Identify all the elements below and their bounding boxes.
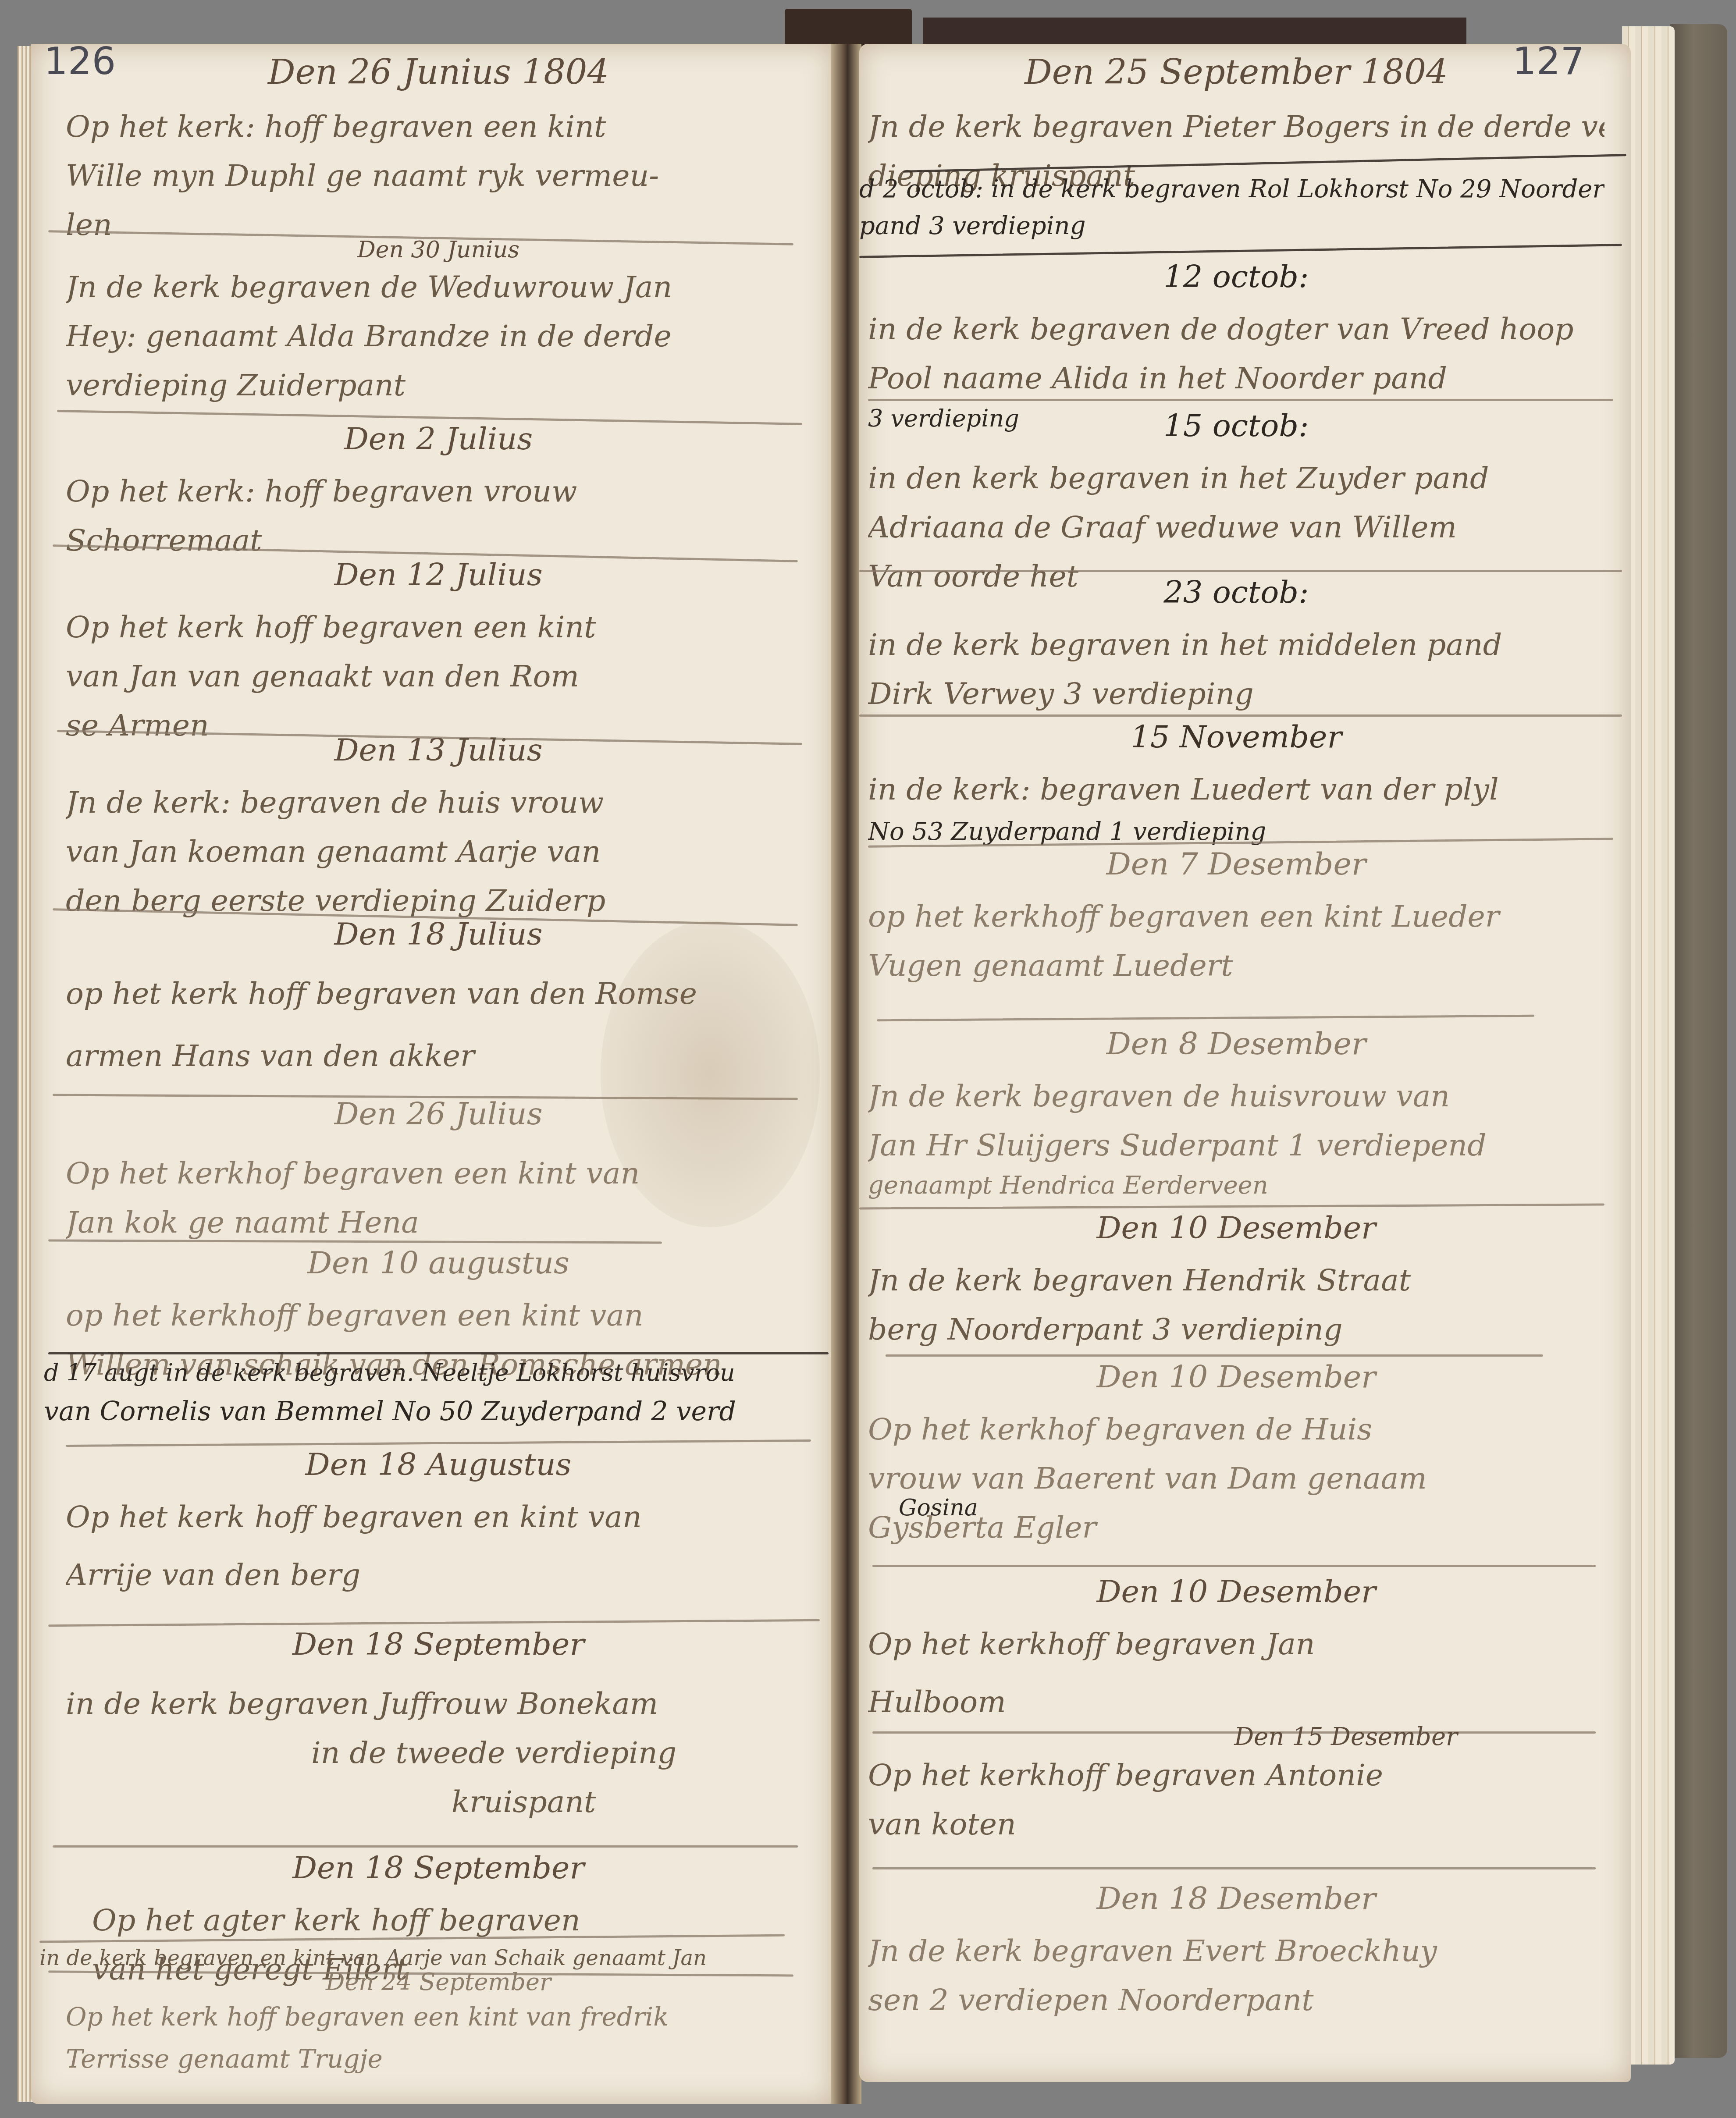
entry-separator (868, 399, 1613, 401)
entry-date: Den 18 Desember (868, 1880, 1604, 1916)
entry-line: Gysberta Egler (868, 1503, 1604, 1553)
entry-date: Den 10 Desember (868, 1574, 1604, 1610)
entry-line: Op het kerk hoff begraven en kint van (66, 1493, 811, 1542)
book-gutter (831, 44, 861, 2104)
burial-entry: Den 18 Augustus Op het kerk hoff begrave… (66, 1446, 811, 1600)
entry-separator (859, 1204, 1604, 1210)
right-page: 127 Den 25 September 1804 Jn de kerk beg… (859, 44, 1631, 2082)
burial-entry: Den 15 Desember Op het kerkhoff begraven… (868, 1723, 1604, 1849)
entry-line: Jn de kerk begraven Hendrik Straat (868, 1256, 1604, 1305)
entry-line: pand 3 verdieping (859, 208, 1604, 245)
entry-line: Jn de kerk begraven Evert Broeckhuy (868, 1927, 1604, 1976)
entry-line: Jn de kerk: begraven de huis vrouw (66, 778, 811, 828)
burial-entry: Den 12 Julius Op het kerk hoff begraven … (66, 557, 811, 750)
entry-line: Adriaana de Graaf weduwe van Willem (868, 503, 1604, 552)
entry-line: van Cornelis van Bemmel No 50 Zuyderpand… (44, 1391, 829, 1432)
entry-line: Terrisse genaamt Trugje (66, 2038, 811, 2080)
burial-entry: Den 24 September Op het kerk hoff begrav… (66, 1968, 811, 2080)
burial-entry: 23 octob: in de kerk begraven in het mid… (868, 574, 1604, 719)
entry-line: Arrije van den berg (66, 1551, 811, 1600)
entry-line: genaampt Hendrica Eerderveen (868, 1170, 1604, 1201)
entry-date: 15 octob: (868, 408, 1604, 444)
entry-line: Op het kerkhoff begraven Antonie (868, 1751, 1604, 1800)
entry-line: in de kerk: begraven Luedert van der ply… (868, 765, 1604, 814)
burial-entry: Den 13 Julius Jn de kerk: begraven de hu… (66, 732, 811, 926)
entry-separator (872, 1867, 1596, 1869)
entry-date: Den 13 Julius (66, 732, 811, 768)
entry-date: Den 24 September (66, 1968, 811, 1996)
book-cover-top-right (923, 18, 1466, 44)
entry-line: kruispant (66, 1778, 811, 1827)
burial-entry: Den 8 Desember Jn de kerk begraven de hu… (868, 1026, 1604, 1201)
entry-line: Hey: genaamt Alda Brandze in de derde (66, 312, 811, 361)
burial-entry: Den 26 Junius 1804 Op het kerk: hoff beg… (66, 53, 811, 250)
entry-line: d 17 augt in de kerk begraven. Neeltje L… (44, 1354, 829, 1391)
entry-date: Den 10 Desember (868, 1359, 1604, 1395)
entry-line: in de kerk begraven Juffrouw Bonekam (66, 1680, 811, 1729)
entry-date: Den 10 augustus (66, 1245, 811, 1281)
burial-entry: Den 2 Julius Op het kerk: hoff begraven … (66, 421, 811, 565)
water-stain (601, 920, 820, 1227)
entry-date: Den 15 Desember (868, 1723, 1604, 1751)
burial-entry: Den 7 Desember op het kerkhoff begraven … (868, 846, 1604, 991)
entry-line: Op het kerkhoff begraven Jan (868, 1620, 1604, 1669)
entry-separator (53, 1845, 798, 1848)
entry-line: Jn de kerk begraven Pieter Bogers in de … (868, 103, 1604, 152)
entry-date: Den 18 September (66, 1626, 811, 1662)
entry-line: van koten (868, 1800, 1604, 1849)
burial-entry: Den 10 Desember Jn de kerk begraven Hend… (868, 1210, 1604, 1354)
entry-line: berg Noorderpant 3 verdieping (868, 1305, 1604, 1354)
burial-entry: Den 10 Desember Op het kerkhoff begraven… (868, 1574, 1604, 1727)
entry-separator (872, 1565, 1596, 1567)
entry-line: op het kerkhoff begraven een kint van (66, 1291, 811, 1340)
entry-line: Jan Hr Sluijgers Suderpant 1 verdiepend (868, 1121, 1604, 1170)
entry-line: Dirk Verwey 3 verdieping (868, 670, 1604, 719)
entry-line: Op het kerkhof begraven de Huis (868, 1405, 1604, 1454)
entry-line: van Jan koeman genaamt Aarje van (66, 828, 811, 877)
book-back-cover (1670, 24, 1727, 2058)
burial-entry: 15 November in de kerk: begraven Luedert… (868, 719, 1604, 849)
burial-entry-insertion: d 17 augt in de kerk begraven. Neeltje L… (44, 1354, 829, 1432)
entry-date: Den 25 September 1804 (868, 53, 1604, 92)
entry-date: Den 7 Desember (868, 846, 1604, 882)
entry-line: Jn de kerk begraven de huisvrouw van (868, 1072, 1604, 1121)
entry-line: in den kerk begraven in het Zuyder pand (868, 454, 1604, 503)
burial-entry: Den 18 Desember Jn de kerk begraven Ever… (868, 1880, 1604, 2025)
entry-date: Den 26 Junius 1804 (66, 53, 811, 92)
entry-separator (859, 570, 1622, 572)
entry-line: vrouw van Baerent van Dam genaam (868, 1454, 1604, 1503)
entry-date: 12 octob: (868, 259, 1604, 295)
entry-separator (859, 244, 1622, 258)
entry-line: Op het kerk: hoff begraven vrouw (66, 467, 811, 516)
entry-line: Pool naame Alida in het Noorder pand (868, 354, 1604, 403)
entry-date: Den 18 September (66, 1850, 811, 1886)
entry-separator (859, 714, 1622, 717)
burial-entry: 15 octob: in den kerk begraven in het Zu… (868, 408, 1604, 601)
entry-separator (48, 1619, 820, 1627)
entry-date: Den 8 Desember (868, 1026, 1604, 1062)
entry-line: Op het kerk: hoff begraven een kint (66, 103, 811, 152)
marginal-correction: Gosina (899, 1495, 978, 1521)
left-page: 126 Den 26 Junius 1804 Op het kerk: hoff… (31, 44, 833, 2104)
burial-entry: Den 18 September in de kerk begraven Juf… (66, 1626, 811, 1827)
entry-line: Jn de kerk begraven de Weduwrouw Jan (66, 263, 811, 312)
entry-separator (66, 1439, 811, 1447)
entry-line: verdieping Zuiderpant (66, 361, 811, 410)
entry-line: van Jan van genaakt van den Rom (66, 652, 811, 701)
entry-line: Op het kerk hoff begraven een kint van f… (66, 1996, 811, 2038)
entry-line: in de kerk begraven de dogter van Vreed … (868, 305, 1604, 354)
entry-separator (886, 1354, 1543, 1357)
entry-line: Vugen genaamt Luedert (868, 942, 1604, 991)
entry-line: Wille myn Duphl ge naamt ryk vermeu- (66, 152, 811, 201)
burial-entry: Den 30 Junius Jn de kerk begraven de Wed… (66, 237, 811, 410)
entry-date: Den 12 Julius (66, 557, 811, 593)
entry-date: 23 octob: (868, 574, 1604, 610)
entry-line: d 2 octob: in de kerk begraven Rol Lokho… (859, 171, 1604, 208)
entry-line: Hulboom (868, 1678, 1604, 1727)
entry-date: Den 18 Augustus (66, 1446, 811, 1482)
burial-entry-insertion: d 2 octob: in de kerk begraven Rol Lokho… (859, 171, 1604, 245)
entry-line: in de kerk begraven in het middelen pand (868, 621, 1604, 670)
entry-date: Den 10 Desember (868, 1210, 1604, 1246)
entry-separator (877, 1015, 1534, 1021)
entry-line: in de tweede verdieping (66, 1729, 811, 1778)
entry-date: Den 2 Julius (66, 421, 811, 457)
entry-line: op het kerkhoff begraven een kint Lueder (868, 892, 1604, 942)
entry-date: 15 November (868, 719, 1604, 755)
entry-line: sen 2 verdiepen Noorderpant (868, 1976, 1604, 2025)
burial-entry: Den 10 Desember Op het kerkhof begraven … (868, 1359, 1604, 1553)
entry-date: Den 30 Junius (66, 237, 811, 263)
entry-line: Op het kerk hoff begraven een kint (66, 603, 811, 652)
open-register-book: 126 Den 26 Junius 1804 Op het kerk: hoff… (0, 0, 1736, 2118)
